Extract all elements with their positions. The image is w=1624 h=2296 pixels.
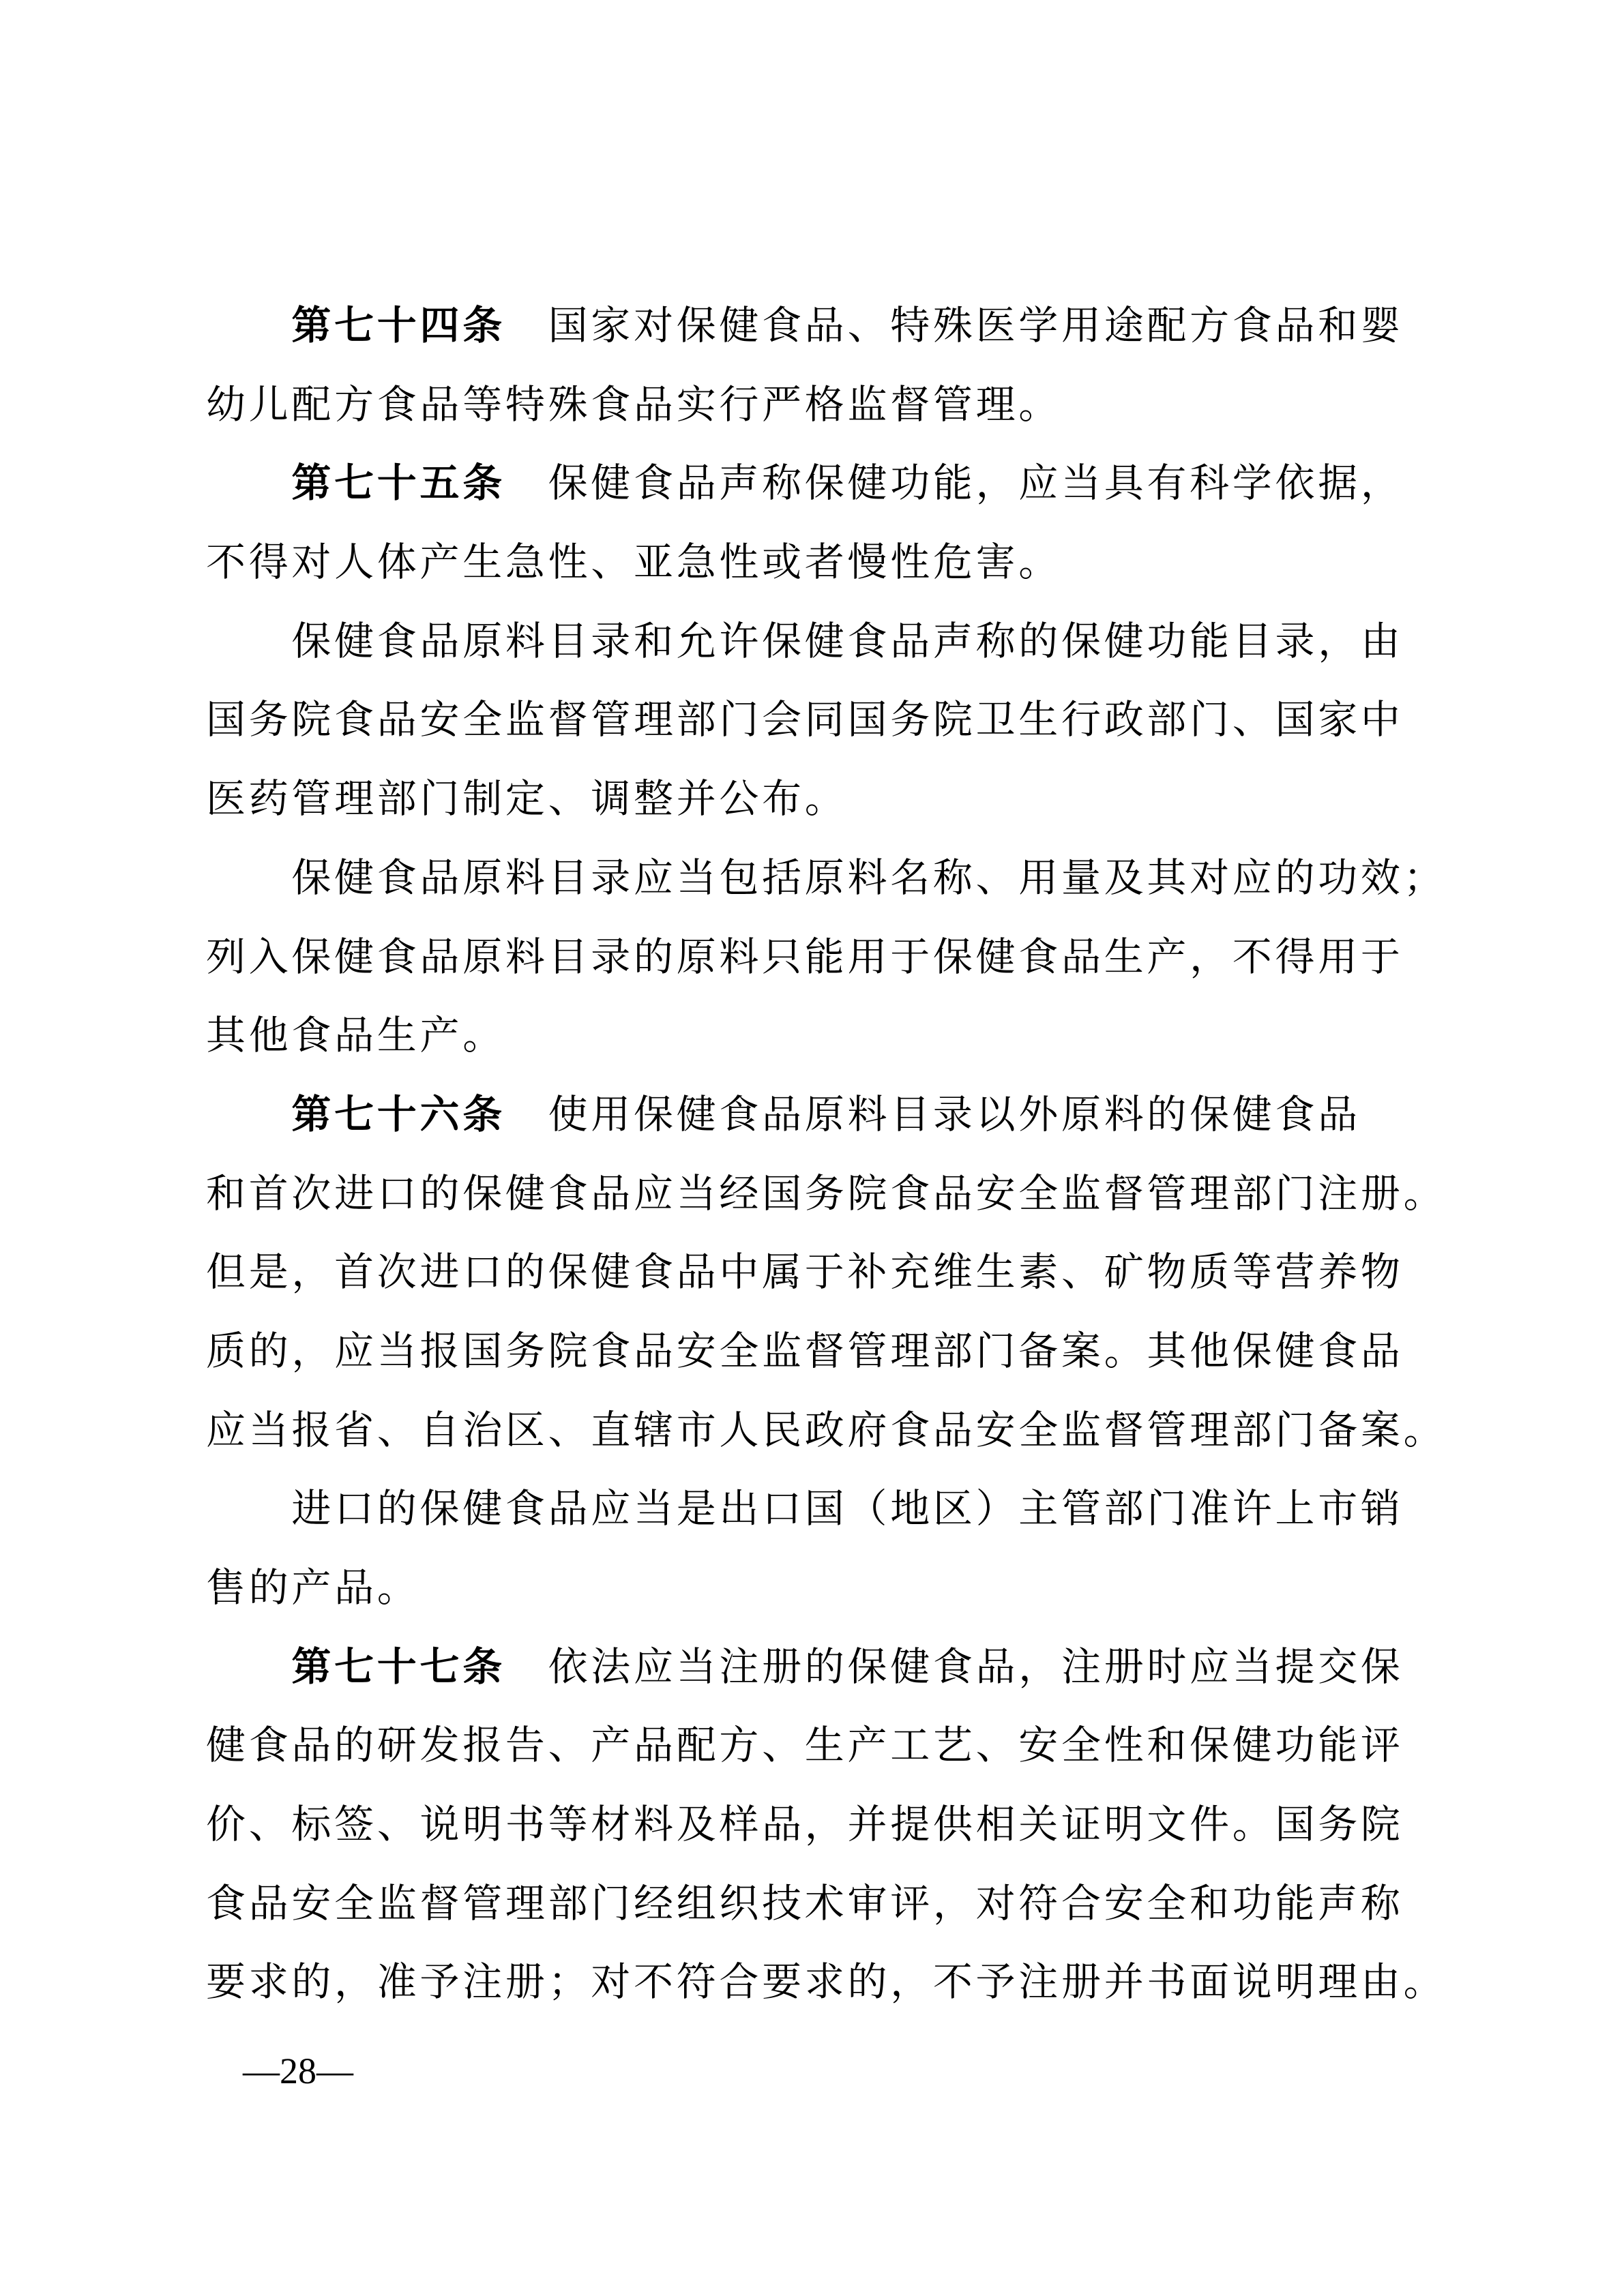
article-75-line-2: 不得对人体产生急性、亚急性或者慢性危害。 <box>206 523 1454 602</box>
article-heading: 第七十七条 <box>291 1643 505 1690</box>
paragraph-text: 售的产品。 <box>206 1564 420 1611</box>
article-text: 不得对人体产生急性、亚急性或者慢性危害。 <box>206 539 1061 585</box>
article-76-line-2: 和首次进口的保健食品应当经国务院食品安全监督管理部门注册。 <box>206 1154 1454 1234</box>
article-76-line-4: 质的，应当报国务院食品安全监督管理部门备案。其他保健食品 <box>206 1312 1454 1391</box>
article-heading: 第七十四条 <box>291 302 505 348</box>
article-text: 质的，应当报国务院食品安全监督管理部门备案。其他保健食品 <box>206 1328 1404 1374</box>
article-text: 国家对保健食品、特殊医学用途配方食品和婴 <box>548 302 1404 348</box>
article-heading: 第七十五条 <box>291 460 505 506</box>
article-text: 依法应当注册的保健食品，注册时应当提交保 <box>548 1643 1404 1690</box>
article-75-para-2-line-3: 医药管理部门制定、调整并公布。 <box>206 760 1454 839</box>
article-text: 食品安全监督管理部门经组织技术审评，对符合安全和功能声称 <box>206 1880 1404 1926</box>
paragraph-text: 医药管理部门制定、调整并公布。 <box>206 775 848 822</box>
article-text: 要求的，准予注册；对不符合要求的，不予注册并书面说明理由。 <box>206 1958 1446 2005</box>
article-77-line-4: 食品安全监督管理部门经组织技术审评，对符合安全和功能声称 <box>206 1864 1454 1943</box>
article-text: 使用保健食品原料目录以外原料的保健食品 <box>548 1091 1361 1137</box>
article-text: 但是，首次进口的保健食品中属于补充维生素、矿物质等营养物 <box>206 1249 1404 1295</box>
article-76-line-5: 应当报省、自治区、直辖市人民政府食品安全监督管理部门备案。 <box>206 1391 1454 1470</box>
article-77-line-5: 要求的，准予注册；对不符合要求的，不予注册并书面说明理由。 <box>206 1943 1454 2022</box>
article-heading: 第七十六条 <box>291 1091 505 1137</box>
article-75-para-2-line-1: 保健食品原料目录和允许保健食品声称的保健功能目录，由 <box>206 602 1454 681</box>
article-77-line-1: 第七十七条依法应当注册的保健食品，注册时应当提交保 <box>206 1628 1454 1707</box>
paragraph-text: 列入保健食品原料目录的原料只能用于保健食品生产，不得用于 <box>206 934 1404 980</box>
paragraph-text: 进口的保健食品应当是出口国（地区）主管部门准许上市销 <box>291 1485 1403 1532</box>
article-75-para-3-line-3: 其他食品生产。 <box>206 996 1454 1075</box>
article-75-line-1: 第七十五条保健食品声称保健功能，应当具有科学依据， <box>206 444 1454 523</box>
article-text: 保健食品声称保健功能，应当具有科学依据， <box>548 460 1404 506</box>
paragraph-text: 其他食品生产。 <box>206 1012 505 1058</box>
article-76-para-2-line-2: 售的产品。 <box>206 1549 1454 1628</box>
article-76-line-3: 但是，首次进口的保健食品中属于补充维生素、矿物质等营养物 <box>206 1233 1454 1312</box>
page-number: —28— <box>243 2049 353 2093</box>
article-74-line-1: 第七十四条国家对保健食品、特殊医学用途配方食品和婴 <box>206 286 1454 366</box>
article-75-para-3-line-1: 保健食品原料目录应当包括原料名称、用量及其对应的功效； <box>206 839 1454 918</box>
article-77-line-2: 健食品的研发报告、产品配方、生产工艺、安全性和保健功能评 <box>206 1706 1454 1785</box>
article-74-line-2: 幼儿配方食品等特殊食品实行严格监督管理。 <box>206 366 1454 445</box>
paragraph-text: 保健食品原料目录和允许保健食品声称的保健功能目录，由 <box>291 618 1403 664</box>
article-text: 幼儿配方食品等特殊食品实行严格监督管理。 <box>206 381 1061 428</box>
document-body: 第七十四条国家对保健食品、特殊医学用途配方食品和婴 幼儿配方食品等特殊食品实行严… <box>206 286 1454 2022</box>
article-text: 应当报省、自治区、直辖市人民政府食品安全监督管理部门备案。 <box>206 1407 1446 1453</box>
article-text: 价、标签、说明书等材料及样品，并提供相关证明文件。国务院 <box>206 1801 1404 1847</box>
article-text: 健食品的研发报告、产品配方、生产工艺、安全性和保健功能评 <box>206 1722 1404 1768</box>
article-text: 和首次进口的保健食品应当经国务院食品安全监督管理部门注册。 <box>206 1170 1446 1217</box>
article-77-line-3: 价、标签、说明书等材料及样品，并提供相关证明文件。国务院 <box>206 1785 1454 1864</box>
article-75-para-3-line-2: 列入保健食品原料目录的原料只能用于保健食品生产，不得用于 <box>206 918 1454 997</box>
article-75-para-2-line-2: 国务院食品安全监督管理部门会同国务院卫生行政部门、国家中 <box>206 681 1454 760</box>
paragraph-text: 国务院食品安全监督管理部门会同国务院卫生行政部门、国家中 <box>206 696 1404 743</box>
article-76-line-1: 第七十六条使用保健食品原料目录以外原料的保健食品 <box>206 1075 1454 1154</box>
paragraph-text: 保健食品原料目录应当包括原料名称、用量及其对应的功效； <box>291 854 1446 901</box>
document-page: 第七十四条国家对保健食品、特殊医学用途配方食品和婴 幼儿配方食品等特殊食品实行严… <box>0 0 1624 2296</box>
article-76-para-2-line-1: 进口的保健食品应当是出口国（地区）主管部门准许上市销 <box>206 1470 1454 1549</box>
